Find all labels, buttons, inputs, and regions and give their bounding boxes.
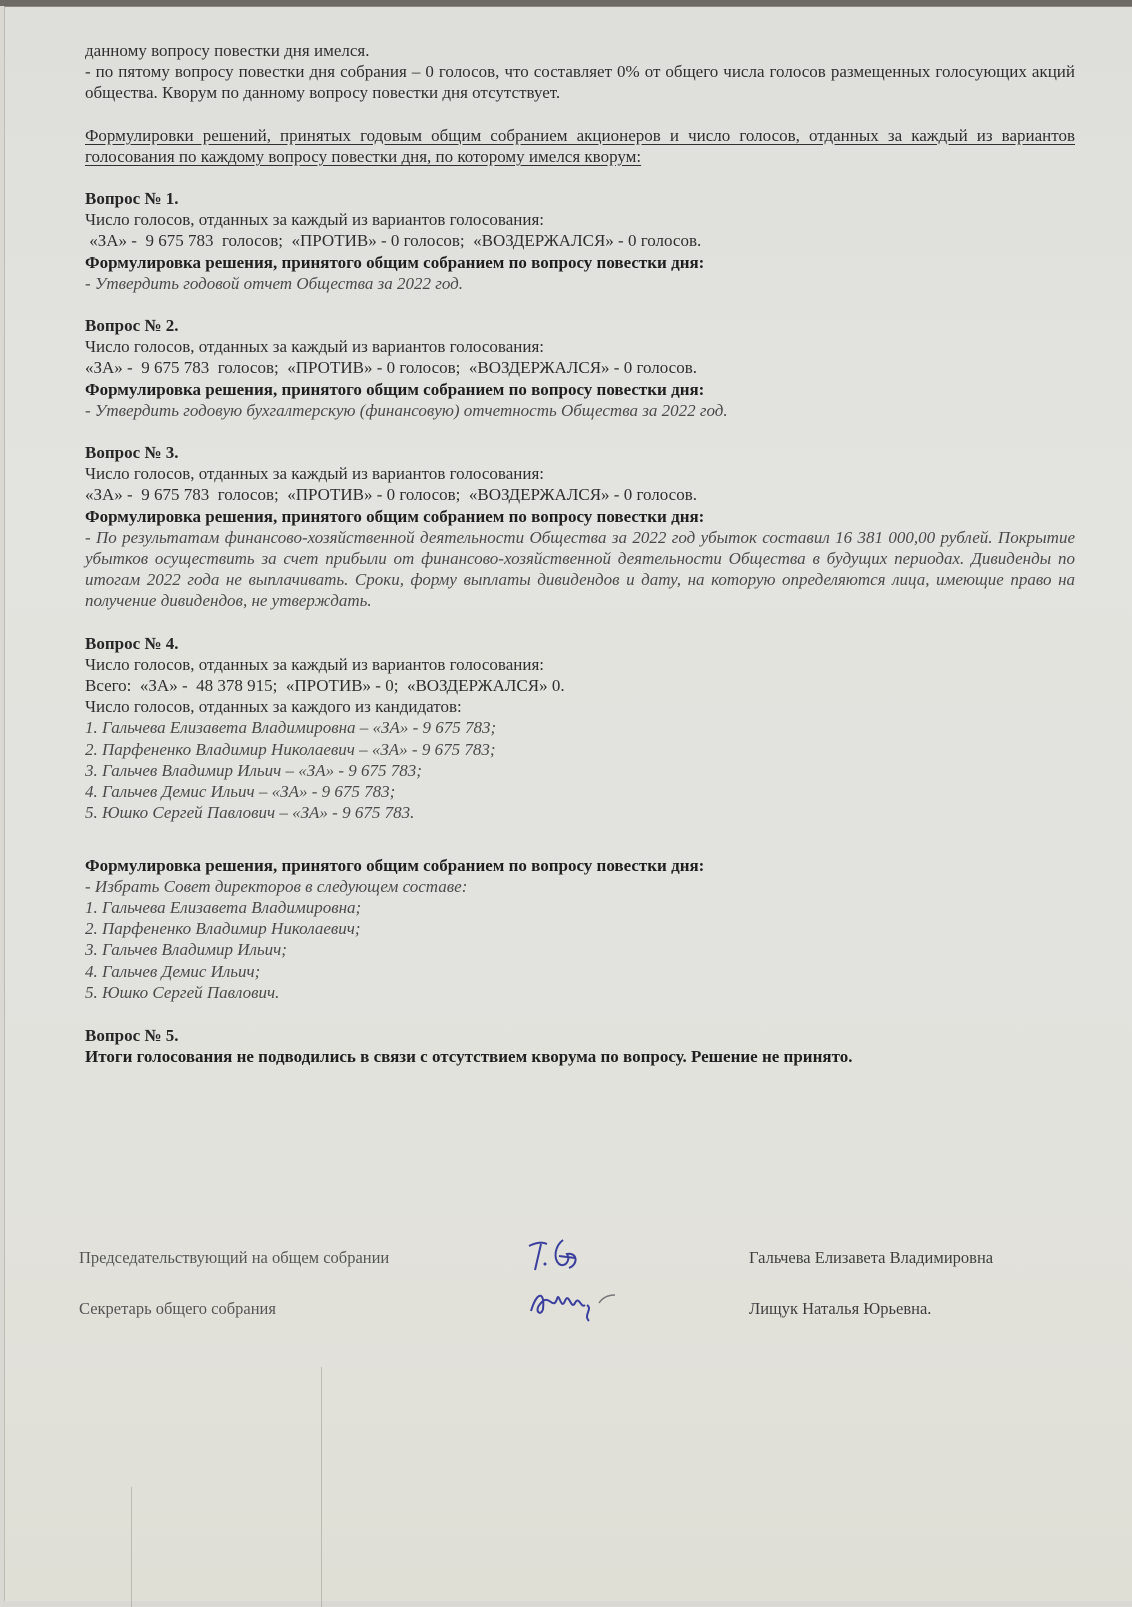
question-result: Итоги голосования не подводились в связи… <box>85 1046 1075 1067</box>
decision-label: Формулировка решения, принятого общим со… <box>85 252 1075 273</box>
board-member: 3. Гальчев Владимир Ильич; <box>85 939 1075 960</box>
votes-label: Число голосов, отданных за каждый из вар… <box>85 654 1075 675</box>
question-title: Вопрос № 5. <box>85 1025 1075 1046</box>
candidates-label: Число голосов, отданных за каждого из ка… <box>85 696 1075 717</box>
handwritten-signature-icon <box>523 1281 633 1331</box>
votes-result: «ЗА» - 9 675 783 голосов; «ПРОТИВ» - 0 г… <box>85 484 1075 505</box>
question-5: Вопрос № 5. Итоги голосования не подводи… <box>85 1025 1075 1067</box>
candidate-item: 5. Юшко Сергей Павлович – «ЗА» - 9 675 7… <box>85 802 1075 823</box>
question-title: Вопрос № 3. <box>85 442 1075 463</box>
signature-chair: Председательствующий на общем собрании Г… <box>79 1248 1079 1278</box>
question-title: Вопрос № 2. <box>85 315 1075 336</box>
board-member: 1. Гальчева Елизавета Владимировна; <box>85 897 1075 918</box>
decision-text: - По результатам финансово-хозяйственной… <box>85 527 1075 612</box>
votes-label: Число голосов, отданных за каждый из вар… <box>85 463 1075 484</box>
paper-fold-line <box>321 1367 322 1600</box>
intro-line-2: - по пятому вопросу повестки дня собрани… <box>85 61 1075 103</box>
question-4: Вопрос № 4. Число голосов, отданных за к… <box>85 633 1075 1003</box>
signature-role: Председательствующий на общем собрании <box>79 1248 389 1268</box>
decision-text: - Утвердить годовой отчет Общества за 20… <box>85 273 1075 294</box>
decision-text: - Утвердить годовую бухгалтерскую (финан… <box>85 400 1075 421</box>
question-title: Вопрос № 1. <box>85 188 1075 209</box>
question-1: Вопрос № 1. Число голосов, отданных за к… <box>85 188 1075 294</box>
signature-name: Гальчева Елизавета Владимировна <box>749 1248 993 1268</box>
question-3: Вопрос № 3. Число голосов, отданных за к… <box>85 442 1075 612</box>
section-title: Формулировки решений, принятых годовым о… <box>85 125 1075 167</box>
candidate-item: 1. Гальчева Елизавета Владимировна – «ЗА… <box>85 717 1075 738</box>
document-body: данному вопросу повестки дня имелся. - п… <box>85 40 1075 1067</box>
decision-label: Формулировка решения, принятого общим со… <box>85 379 1075 400</box>
votes-result: «ЗА» - 9 675 783 голосов; «ПРОТИВ» - 0 г… <box>85 357 1075 378</box>
signature-name: Лищук Наталья Юрьевна. <box>749 1299 931 1319</box>
decision-text: - Избрать Совет директоров в следующем с… <box>85 876 1075 897</box>
candidate-item: 2. Парфененко Владимир Николаевич – «ЗА»… <box>85 739 1075 760</box>
board-member: 2. Парфененко Владимир Николаевич; <box>85 918 1075 939</box>
decision-label: Формулировка решения, принятого общим со… <box>85 855 1075 876</box>
votes-label: Число голосов, отданных за каждый из вар… <box>85 209 1075 230</box>
votes-label: Число голосов, отданных за каждый из вар… <box>85 336 1075 357</box>
votes-result: Всего: «ЗА» - 48 378 915; «ПРОТИВ» - 0; … <box>85 675 1075 696</box>
intro-line-1: данному вопросу повестки дня имелся. <box>85 40 1075 61</box>
board-member: 5. Юшко Сергей Павлович. <box>85 982 1075 1003</box>
candidate-item: 4. Гальчев Демис Ильич – «ЗА» - 9 675 78… <box>85 781 1075 802</box>
decision-label: Формулировка решения, принятого общим со… <box>85 506 1075 527</box>
signature-role: Секретарь общего собрания <box>79 1299 276 1319</box>
handwritten-signature-icon <box>519 1234 599 1284</box>
question-title: Вопрос № 4. <box>85 633 1075 654</box>
votes-result: «ЗА» - 9 675 783 голосов; «ПРОТИВ» - 0 г… <box>85 230 1075 251</box>
question-2: Вопрос № 2. Число голосов, отданных за к… <box>85 315 1075 421</box>
signature-secretary: Секретарь общего собрания Лищук Наталья … <box>79 1299 1079 1329</box>
candidate-item: 3. Гальчев Владимир Ильич – «ЗА» - 9 675… <box>85 760 1075 781</box>
board-member: 4. Гальчев Демис Ильич; <box>85 961 1075 982</box>
paper-fold-line <box>131 1487 132 1600</box>
